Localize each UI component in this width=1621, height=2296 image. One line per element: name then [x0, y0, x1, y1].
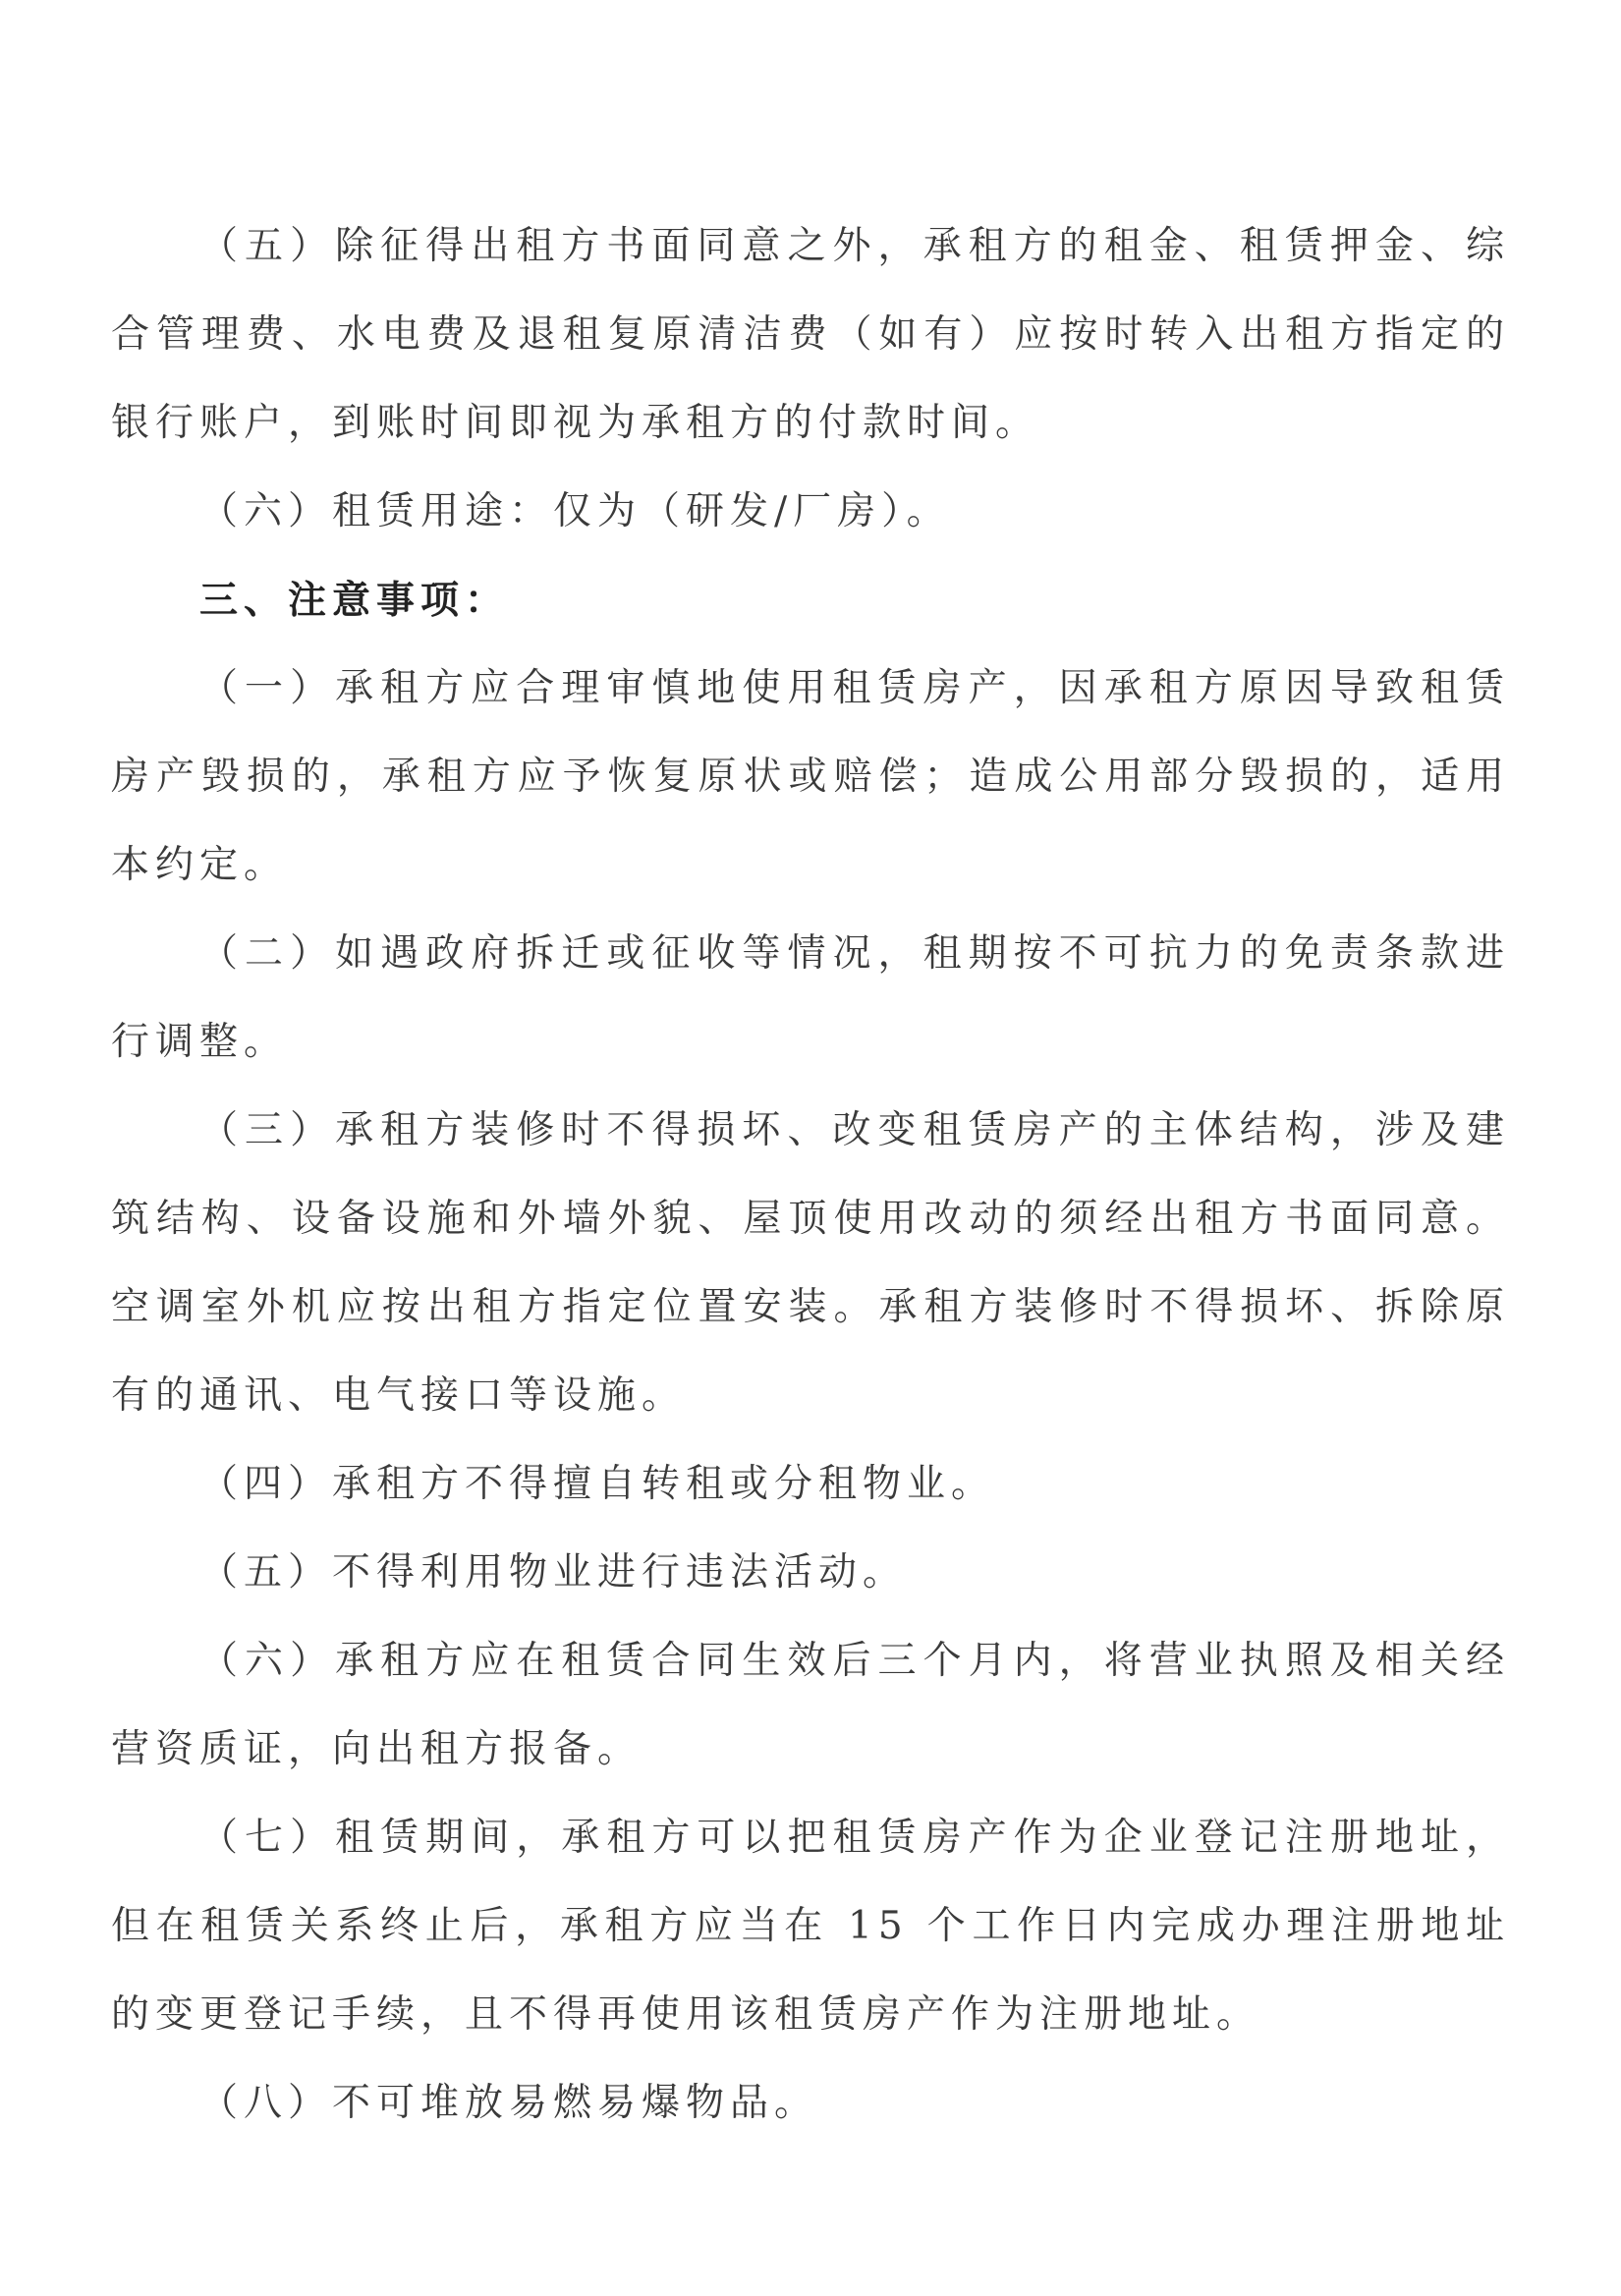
clause-paragraph: （六）承租方应在租赁合同生效后三个月内，将营业执照及相关经营资质证，向出租方报备…: [111, 1617, 1510, 1794]
clause-paragraph: （四）承租方不得擅自转租或分租物业。: [111, 1440, 1510, 1529]
clause-paragraph: （一）承租方应合理审慎地使用租赁房产，因承租方原因导致租赁房产毁损的，承租方应予…: [111, 644, 1510, 910]
clause-paragraph: （二）如遇政府拆迁或征收等情况，租期按不可抗力的免责条款进行调整。: [111, 910, 1510, 1087]
contract-page: （五）除征得出租方书面同意之外，承租方的租金、租赁押金、综合管理费、水电费及退租…: [0, 0, 1621, 2296]
clause-paragraph: （五）不得利用物业进行违法活动。: [111, 1529, 1510, 1617]
clause-paragraph: （八）不可堆放易燃易爆物品。: [111, 2059, 1510, 2148]
clause-paragraph: （五）除征得出租方书面同意之外，承租方的租金、租赁押金、综合管理费、水电费及退租…: [111, 202, 1510, 468]
contract-body-text: （五）除征得出租方书面同意之外，承租方的租金、租赁押金、综合管理费、水电费及退租…: [111, 202, 1510, 2148]
clause-paragraph: （三）承租方装修时不得损坏、改变租赁房产的主体结构，涉及建筑结构、设备设施和外墙…: [111, 1087, 1510, 1440]
clause-paragraph: （七）租赁期间，承租方可以把租赁房产作为企业登记注册地址，但在租赁关系终止后，承…: [111, 1794, 1510, 2059]
section-heading: 三、注意事项：: [111, 556, 1510, 644]
clause-paragraph: （六）租赁用途：仅为（研发/厂房）。: [111, 468, 1510, 556]
